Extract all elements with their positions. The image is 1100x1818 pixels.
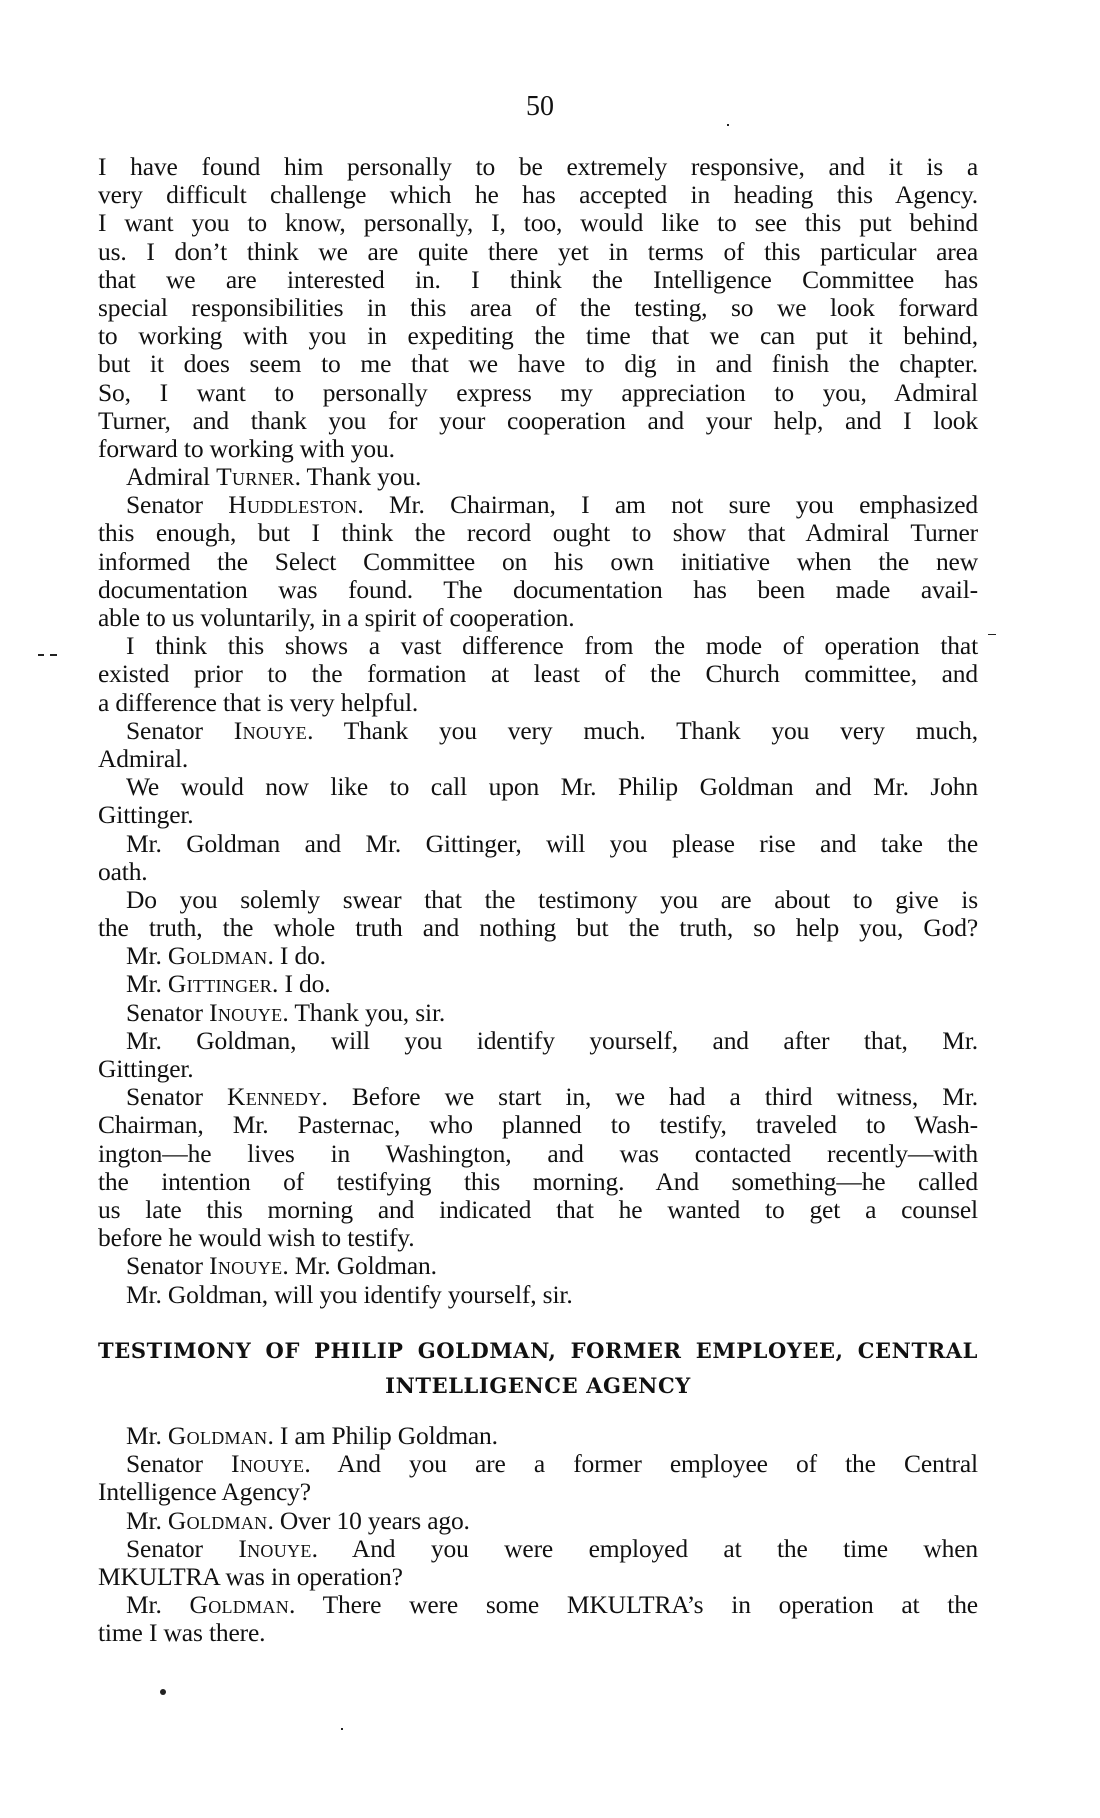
speaker-line: Senator Inouye. And you were employed at… [98,1535,978,1563]
scan-mark [988,634,996,635]
body-line: Mr. Goldman, will you identify yourself,… [98,1281,978,1309]
speech-text: . Mr. Chairman, I am not sure you emphas… [357,490,978,519]
testimony-body-2: Mr. Goldman. I am Philip Goldman. Senato… [98,1422,978,1648]
body-line: informed the Select Committee on his own… [98,548,978,576]
body-line: that we are interested in. I think the I… [98,266,978,294]
body-line: I think this shows a vast difference fro… [98,632,978,660]
speaker-line: Mr. Gittinger. I do. [98,970,978,998]
body-line: but it does seem to me that we have to d… [98,350,978,378]
speech-text: . I am Philip Goldman. [267,1421,497,1450]
speaker-line: Senator Kennedy. Before we start in, we … [98,1083,978,1111]
body-line: Mr. Goldman, will you identify yourself,… [98,1027,978,1055]
scan-dot [160,1689,166,1695]
speech-text: . And you are a former employee of the C… [304,1449,978,1478]
speaker-title: Mr. [126,969,162,998]
body-line: So, I want to personally express my appr… [98,379,978,407]
speaker-title: Senator [126,998,203,1027]
speaker-name: Goldman [168,1421,268,1450]
body-line: documentation was found. The documentati… [98,576,978,604]
body-line: Admiral. [98,745,978,773]
testimony-body: I have found him personally to be extrem… [98,153,978,1309]
speaker-line: Admiral Turner. Thank you. [98,463,978,491]
speaker-title: Admiral [126,462,210,491]
body-line: existed prior to the formation at least … [98,660,978,688]
body-line: to working with you in expediting the ti… [98,322,978,350]
section-heading: TESTIMONY OF PHILIP GOLDMAN, FORMER EMPL… [98,1334,978,1403]
speaker-line: Senator Huddleston. Mr. Chairman, I am n… [98,491,978,519]
heading-line-2: INTELLIGENCE AGENCY [98,1369,978,1404]
body-line: us late this morning and indicated that … [98,1196,978,1224]
speaker-name: Kennedy [227,1082,322,1111]
speaker-line: Senator Inouye. Thank you very much. Tha… [98,717,978,745]
body-line: very difficult challenge which he has ac… [98,181,978,209]
speaker-title: Senator [126,1449,203,1478]
body-line: Intelligence Agency? [98,1478,978,1506]
speaker-line: Mr. Goldman. I do. [98,942,978,970]
body-line: time I was there. [98,1619,978,1647]
speaker-title: Mr. [126,1506,162,1535]
speaker-line: Senator Inouye. And you are a former emp… [98,1450,978,1478]
speaker-line: Senator Inouye. Thank you, sir. [98,999,978,1027]
speech-text: . Mr. Goldman. [282,1251,436,1280]
page-number: 50 [0,92,1080,122]
body-line: this enough, but I think the record ough… [98,519,978,547]
speaker-line: Mr. Goldman. There were some MKULTRA’s i… [98,1591,978,1619]
body-line: us. I don’t think we are quite there yet… [98,238,978,266]
speech-text: . There were some MKULTRA’s in operation… [289,1590,978,1619]
speaker-line: Mr. Goldman. Over 10 years ago. [98,1507,978,1535]
speaker-title: Senator [126,1251,203,1280]
body-line: before he would wish to testify. [98,1224,978,1252]
speaker-name: Inouye [231,1449,304,1478]
speaker-name: Goldman [168,1506,268,1535]
speech-text: . Thank you, sir. [282,998,445,1027]
body-line: I want you to know, personally, I, too, … [98,209,978,237]
body-line: We would now like to call upon Mr. Phili… [98,773,978,801]
body-line: I have found him personally to be extrem… [98,153,978,181]
speaker-name: Inouye [234,716,307,745]
speaker-name: Inouye [209,998,282,1027]
body-line: Turner, and thank you for your cooperati… [98,407,978,435]
body-line: oath. [98,858,978,886]
body-line: Do you solemly swear that the testimony … [98,886,978,914]
speech-text: . I do. [267,941,325,970]
body-line: special responsibilities in this area of… [98,294,978,322]
scan-mark [50,654,57,656]
speaker-title: Mr. [126,941,162,970]
body-line: Mr. Goldman and Mr. Gittinger, will you … [98,830,978,858]
scan-dot [727,124,729,126]
body-line: the truth, the whole truth and nothing b… [98,914,978,942]
speaker-name: Gittinger [168,969,272,998]
body-line: ington—he lives in Washington, and was c… [98,1140,978,1168]
speaker-name: Turner [216,462,294,491]
body-line: forward to working with you. [98,435,978,463]
speaker-title: Senator [126,490,203,519]
speaker-name: Inouye [209,1251,282,1280]
body-line: able to us voluntarily, in a spirit of c… [98,604,978,632]
speaker-title: Senator [126,716,203,745]
scan-dot [341,1728,343,1730]
body-line: the intention of testifying this morning… [98,1168,978,1196]
speech-text: . And you were employed at the time when [312,1534,978,1563]
speaker-line: Mr. Goldman. I am Philip Goldman. [98,1422,978,1450]
speech-text: . Thank you very much. Thank you very mu… [307,716,978,745]
body-line: a difference that is very helpful. [98,689,978,717]
speech-text: . I do. [272,969,330,998]
scan-mark [38,654,44,656]
speaker-name: Goldman [190,1590,290,1619]
body-line: Gittinger. [98,801,978,829]
speaker-line: Senator Inouye. Mr. Goldman. [98,1252,978,1280]
speech-text: . Thank you. [295,462,422,491]
speaker-title: Mr. [126,1590,162,1619]
body-line: MKULTRA was in operation? [98,1563,978,1591]
speaker-name: Goldman [168,941,268,970]
speech-text: . Over 10 years ago. [267,1506,469,1535]
speaker-name: Inouye [238,1534,311,1563]
speaker-title: Senator [126,1082,203,1111]
speaker-title: Senator [126,1534,203,1563]
speech-text: . Before we start in, we had a third wit… [322,1082,978,1111]
speaker-title: Mr. [126,1421,162,1450]
heading-line-1: TESTIMONY OF PHILIP GOLDMAN, FORMER EMPL… [98,1334,978,1369]
speaker-name: Huddleston [228,490,357,519]
body-line: Chairman, Mr. Pasternac, who planned to … [98,1111,978,1139]
body-line: Gittinger. [98,1055,978,1083]
